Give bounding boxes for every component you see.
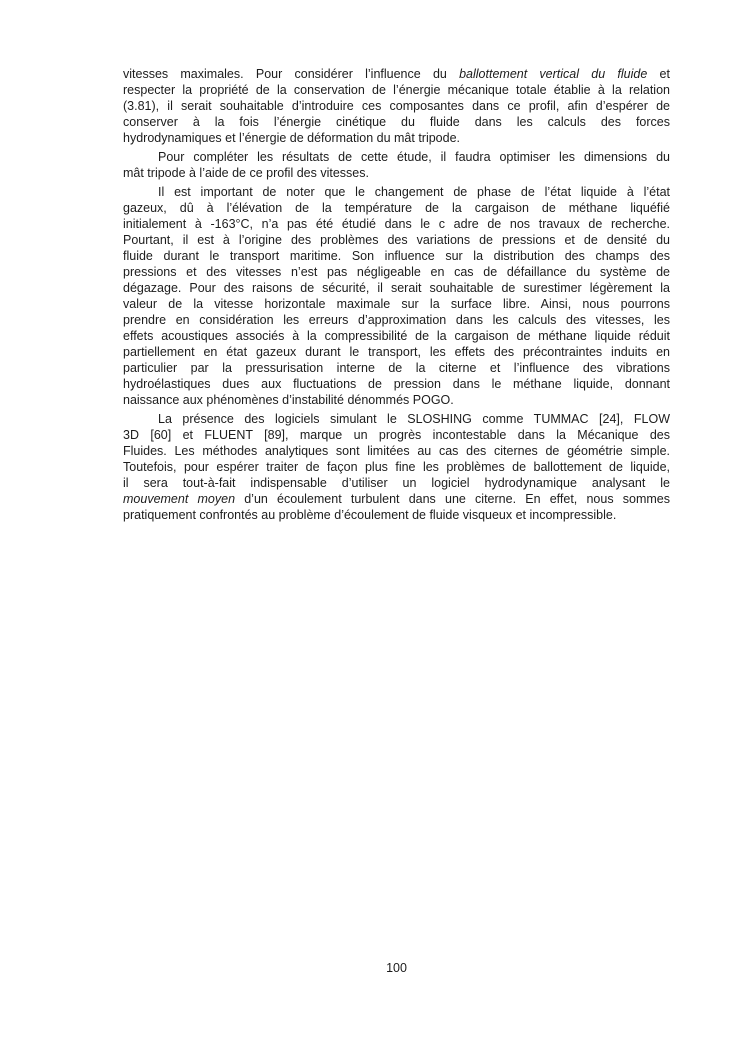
text-segment: naissance aux phénomènes d’instabilité d… <box>123 393 454 407</box>
text-segment: d’un écoulement turbulent dans une citer… <box>235 492 670 506</box>
text-line: (3.81), il serait souhaitable d’introdui… <box>123 98 670 114</box>
text-segment: (3.81), il serait souhaitable d’introdui… <box>123 99 670 113</box>
text-line: Il est important de noter que le changem… <box>123 184 670 200</box>
text-line: La présence des logiciels simulant le SL… <box>123 411 670 427</box>
text-line: prendre en considération les erreurs d’a… <box>123 312 670 328</box>
text-line: initialement à -163°C, n’a pas été étudi… <box>123 216 670 232</box>
paragraph: Pour compléter les résultats de cette ét… <box>123 149 670 181</box>
text-segment: hydrodynamiques et l’énergie de déformat… <box>123 131 460 145</box>
text-line: Fluides. Les méthodes analytiques sont l… <box>123 443 670 459</box>
page-body-text: vitesses maximales. Pour considérer l’in… <box>123 66 670 526</box>
text-line: naissance aux phénomènes d’instabilité d… <box>123 392 670 408</box>
text-line: partiellement en état gazeux durant le t… <box>123 344 670 360</box>
text-segment: 3D [60] et FLUENT [89], marque un progrè… <box>123 428 670 442</box>
text-segment: il sera tout-à-fait indispensable d’util… <box>123 476 670 490</box>
text-line: particulier par la pressurisation intern… <box>123 360 670 376</box>
text-segment: pressions et des vitesses n’est pas négl… <box>123 265 670 279</box>
text-line: valeur de la vitesse horizontale maximal… <box>123 296 670 312</box>
text-segment: prendre en considération les erreurs d’a… <box>123 313 670 327</box>
text-segment: dégazage. Pour des raisons de sécurité, … <box>123 281 670 295</box>
text-segment: valeur de la vitesse horizontale maximal… <box>123 297 670 311</box>
text-line: dégazage. Pour des raisons de sécurité, … <box>123 280 670 296</box>
text-segment: particulier par la pressurisation intern… <box>123 361 670 375</box>
text-segment: initialement à -163°C, n’a pas été étudi… <box>123 217 670 231</box>
text-segment: mât tripode à l’aide de ce profil des vi… <box>123 166 369 180</box>
text-segment: effets acoustiques associés à la compres… <box>123 329 670 343</box>
text-segment: Toutefois, pour espérer traiter de façon… <box>123 460 670 474</box>
text-line: mouvement moyen d’un écoulement turbulen… <box>123 491 670 507</box>
document-page: vitesses maximales. Pour considérer l’in… <box>0 0 744 1053</box>
text-segment: Fluides. Les méthodes analytiques sont l… <box>123 444 670 458</box>
text-segment: respecter la propriété de la conservatio… <box>123 83 670 97</box>
text-line: 3D [60] et FLUENT [89], marque un progrè… <box>123 427 670 443</box>
paragraph: Il est important de noter que le changem… <box>123 184 670 408</box>
text-segment: fluide durant le transport maritime. Son… <box>123 249 670 263</box>
paragraph: vitesses maximales. Pour considérer l’in… <box>123 66 670 146</box>
text-segment: hydroélastiques dues aux fluctuations de… <box>123 377 670 391</box>
paragraph: La présence des logiciels simulant le SL… <box>123 411 670 523</box>
text-line: fluide durant le transport maritime. Son… <box>123 248 670 264</box>
text-line: gazeux, dû à l’élévation de la températu… <box>123 200 670 216</box>
text-segment: partiellement en état gazeux durant le t… <box>123 345 670 359</box>
text-line: il sera tout-à-fait indispensable d’util… <box>123 475 670 491</box>
text-line: pratiquement confrontés au problème d’éc… <box>123 507 670 523</box>
text-segment: gazeux, dû à l’élévation de la températu… <box>123 201 670 215</box>
text-line: Pour compléter les résultats de cette ét… <box>123 149 670 165</box>
text-line: mât tripode à l’aide de ce profil des vi… <box>123 165 670 181</box>
text-line: pressions et des vitesses n’est pas négl… <box>123 264 670 280</box>
text-line: effets acoustiques associés à la compres… <box>123 328 670 344</box>
text-line: hydroélastiques dues aux fluctuations de… <box>123 376 670 392</box>
page-number: 100 <box>123 960 670 976</box>
text-segment: et <box>647 67 670 81</box>
emphasized-text: mouvement moyen <box>123 492 235 506</box>
text-line: respecter la propriété de la conservatio… <box>123 82 670 98</box>
text-line: hydrodynamiques et l’énergie de déformat… <box>123 130 670 146</box>
text-segment: vitesses maximales. Pour considérer l’in… <box>123 67 459 81</box>
text-segment: Pourtant, il est à l’origine des problèm… <box>123 233 670 247</box>
emphasized-text: ballottement vertical du fluide <box>459 67 647 81</box>
text-segment: pratiquement confrontés au problème d’éc… <box>123 508 616 522</box>
text-line: Pourtant, il est à l’origine des problèm… <box>123 232 670 248</box>
text-segment: La présence des logiciels simulant le SL… <box>158 412 670 426</box>
text-line: conserver à la fois l’énergie cinétique … <box>123 114 670 130</box>
text-line: vitesses maximales. Pour considérer l’in… <box>123 66 670 82</box>
text-segment: Il est important de noter que le changem… <box>158 185 670 199</box>
text-line: Toutefois, pour espérer traiter de façon… <box>123 459 670 475</box>
text-segment: Pour compléter les résultats de cette ét… <box>158 150 670 164</box>
text-segment: conserver à la fois l’énergie cinétique … <box>123 115 670 129</box>
